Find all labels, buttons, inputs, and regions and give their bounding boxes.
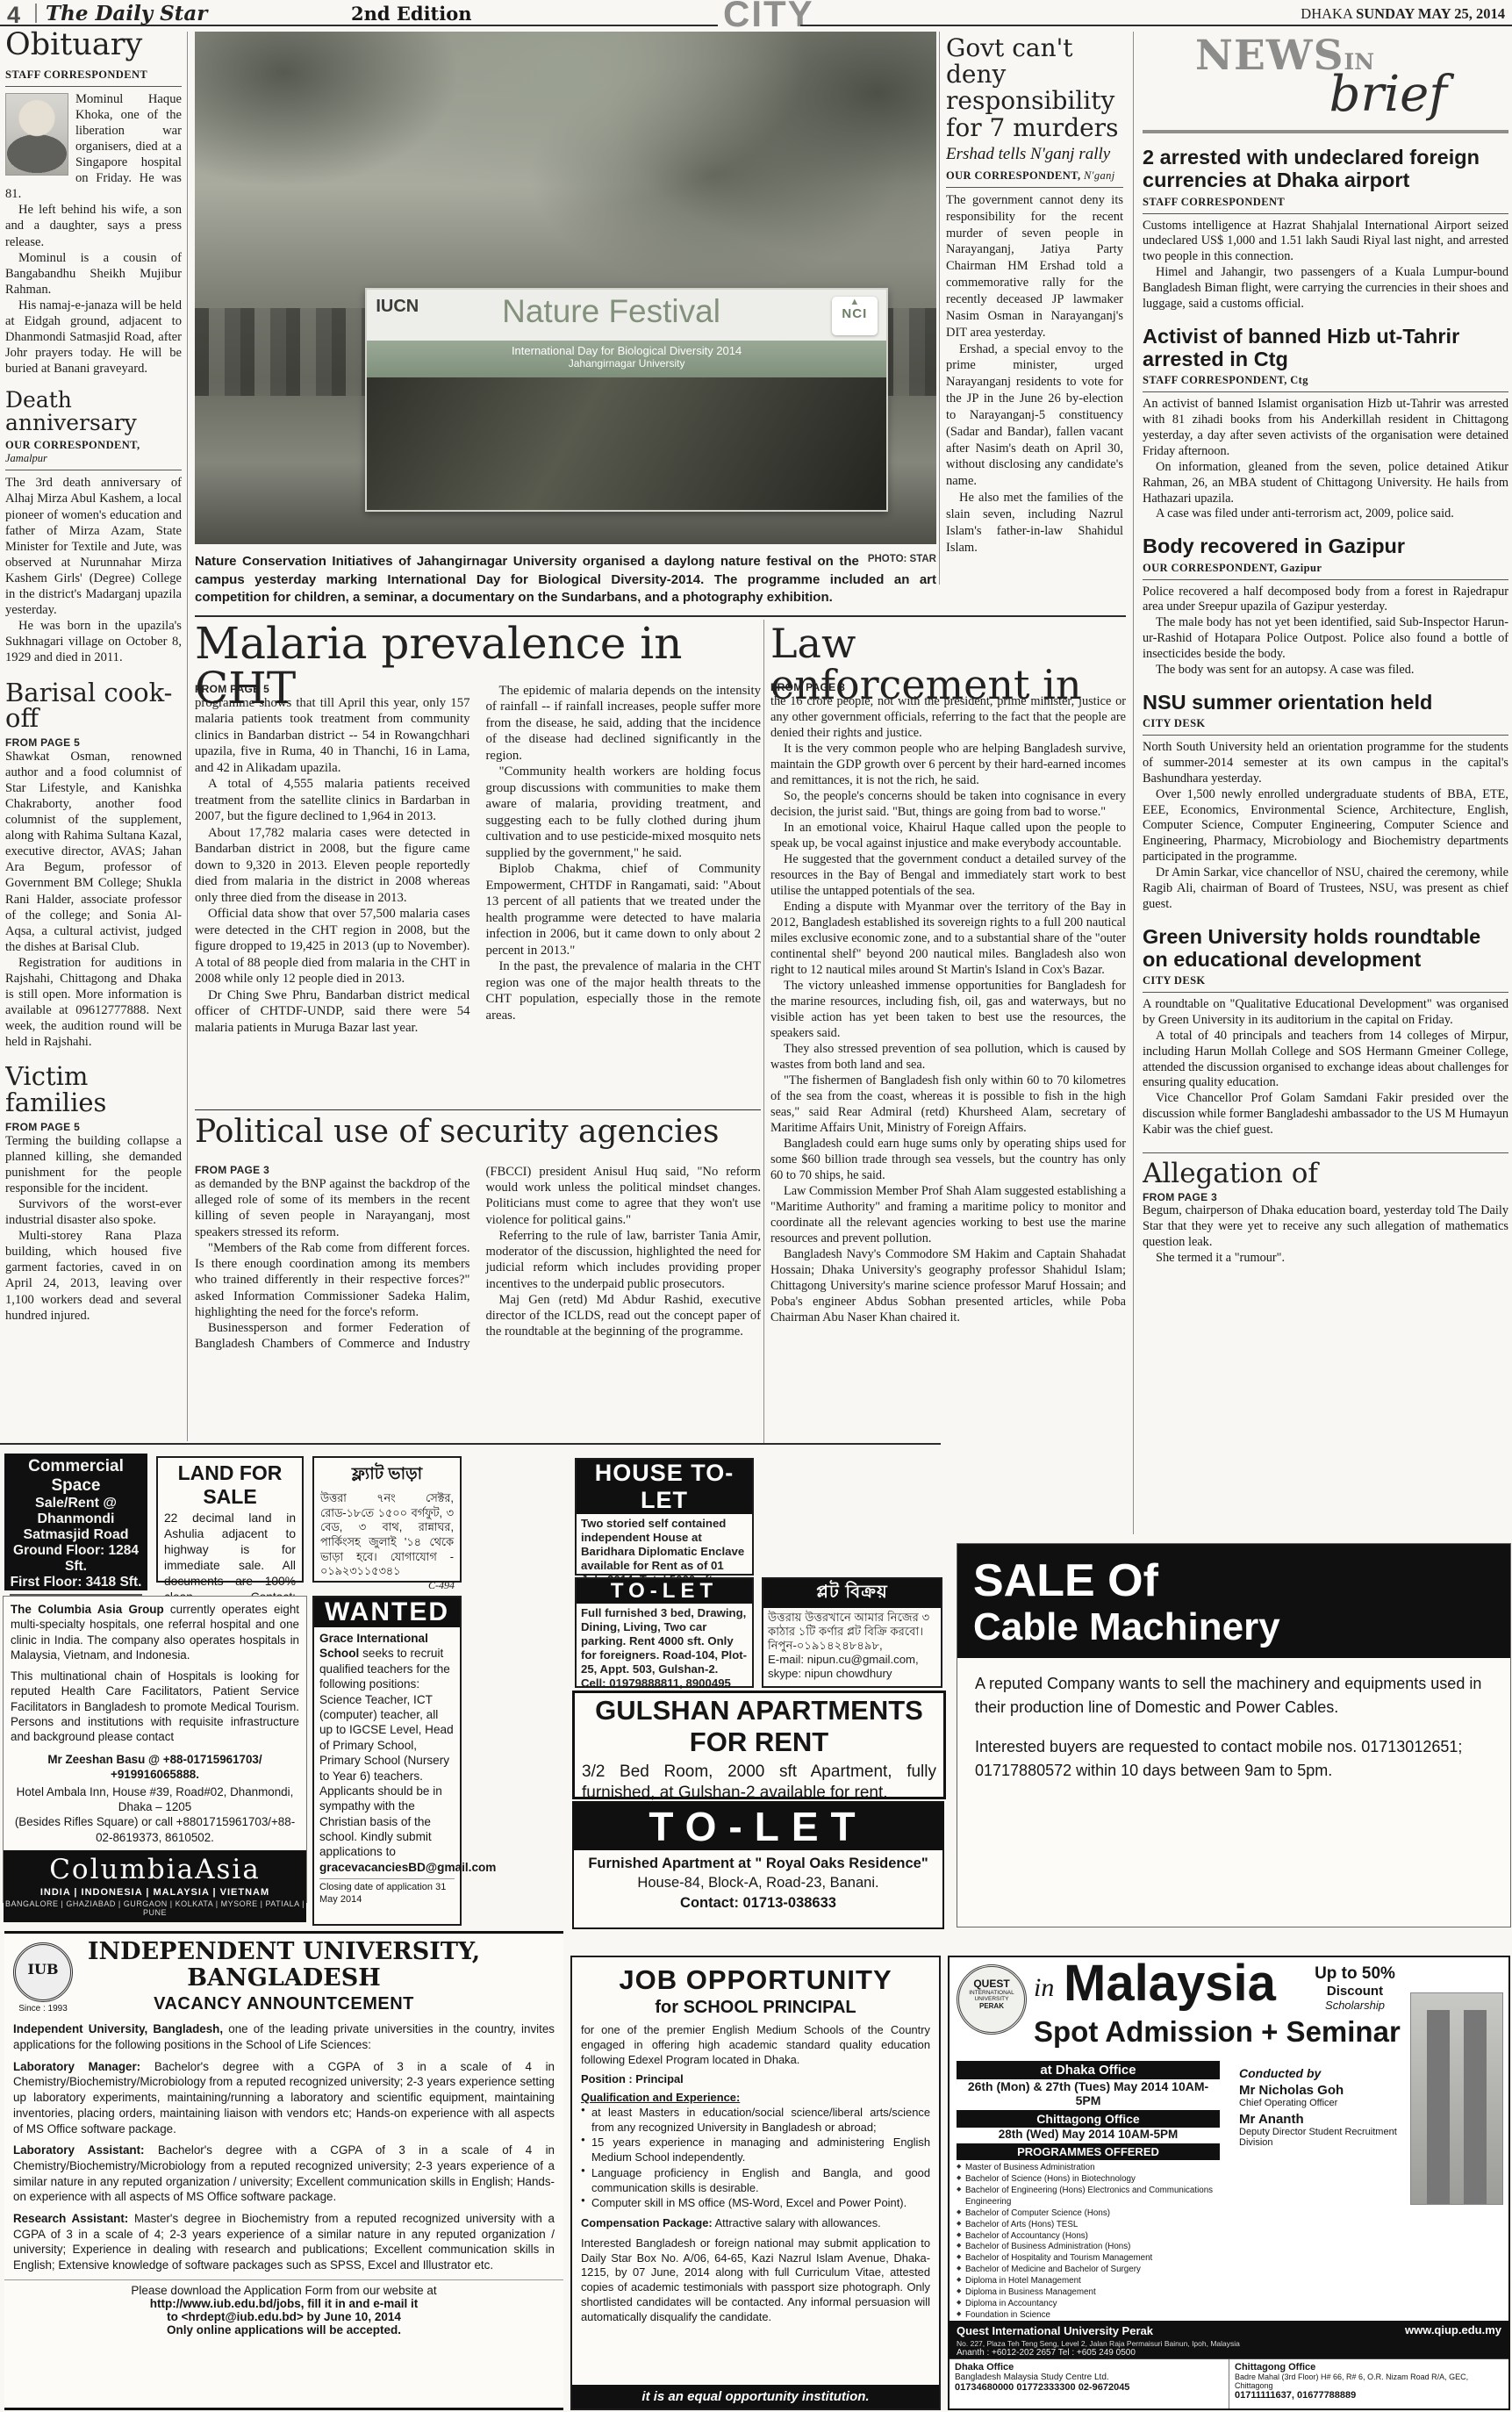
brief-byline: STAFF CORRESPONDENT, Ctg — [1143, 374, 1508, 387]
brief-title: 2 arrested with undeclared foreign curre… — [1143, 146, 1508, 192]
quest-conducted: Conducted by Mr Nicholas Goh Chief Opera… — [1239, 2066, 1397, 2148]
barisal-body: Shawkat Osman, renowned author and a foo… — [5, 749, 182, 1051]
brief-item: Body recovered in Gazipur OUR CORRESPOND… — [1143, 535, 1508, 678]
quest-ctg-office: Chittagong Office Badre Mahal (3rd Floor… — [1229, 2359, 1508, 2408]
brief-byline: CITY DESK — [1143, 974, 1508, 987]
quest-programmes: PROGRAMMES OFFERED Master of Business Ad… — [957, 2143, 1220, 2322]
malaria-from: FROM PAGE 5 — [195, 683, 470, 695]
brief-body: Customs intelligence at Hazrat Shahjalal… — [1143, 219, 1508, 312]
brief-byline: STAFF CORRESPONDENT — [1143, 196, 1508, 209]
header-rule-left — [0, 25, 718, 26]
quest-website: www.qiup.edu.my — [1405, 2323, 1501, 2337]
ad-sale-cable-machinery: SALE Of Cable Machinery A reputed Compan… — [957, 1543, 1511, 1927]
obituary-byline: STAFF CORRESPONDENT — [5, 68, 182, 82]
malaria-body: programme shows that till April this yea… — [195, 683, 761, 1036]
banner-subtitle-band: International Day for Biological Diversi… — [367, 341, 886, 377]
brief-item: 2 arrested with undeclared foreign curre… — [1143, 146, 1508, 312]
ad-plot-bikroy: প্লট বিক্রয় উত্তরায় উত্তরখানে আমার নিজ… — [762, 1577, 942, 1688]
quest-in: in — [1034, 1973, 1054, 2003]
allegation-body: Begum, chairperson of Dhaka education bo… — [1143, 1203, 1508, 1266]
brief-item: Green University holds roundtable on edu… — [1143, 925, 1508, 1138]
quest-logo: QUEST INTERNATIONAL UNIVERSITY PERAK — [957, 1964, 1027, 2035]
ad-contact: Contact: 01713-038633 — [574, 1893, 942, 1913]
dateline-date: SUNDAY MAY 25, 2014 — [1356, 5, 1505, 22]
masthead: The Daily Star — [46, 2, 207, 25]
section-rule — [195, 615, 1126, 617]
obituary-title: Obituary — [5, 30, 182, 61]
quest-dates: at Dhaka Office 26th (Mon) & 27th (Tues)… — [957, 2061, 1220, 2141]
political-article: FROM PAGE 3 as demanded by the BNP again… — [195, 1164, 761, 1438]
ad-email: E-mail: nipun.cu@gmail.com, — [768, 1653, 936, 1667]
job-footer: it is an equal opportunity institution. — [572, 2385, 939, 2408]
iucn-logo: IUCN — [376, 297, 419, 317]
allegation-from: FROM PAGE 3 — [1143, 1191, 1508, 1203]
ad-wanted: WANTED Grace International School seeks … — [312, 1596, 462, 1926]
rule — [1143, 992, 1508, 993]
news-in-brief-column: NEWSIN brief 2 arrested with undeclared … — [1143, 32, 1508, 1534]
ad-quest-university: QUEST INTERNATIONAL UNIVERSITY PERAK in … — [948, 1956, 1510, 2410]
ad-house-to-let: HOUSE TO-LET Two storied self contained … — [575, 1458, 754, 1576]
edition-label: 2nd Edition — [351, 3, 472, 25]
ad-gulshan-apartments: GULSHAN APARTMENTS FOR RENT 3/2 Bed Room… — [572, 1691, 946, 1799]
law-from: FROM PAGE 3 — [770, 681, 1126, 693]
rule — [1143, 391, 1508, 392]
brief-byline: OUR CORRESPONDENT, Gazipur — [1143, 562, 1508, 575]
brief-item: NSU summer orientation held CITY DESK No… — [1143, 691, 1508, 913]
iub-since: Since : 1993 — [13, 2004, 73, 2014]
ad-commercial-space: Commercial Space Sale/Rent @ Dhanmondi S… — [4, 1454, 147, 1590]
govt-article-title: Govt can't deny responsibility for 7 mur… — [946, 35, 1123, 141]
allegation-article: Allegation of FROM PAGE 3 Begum, chairpe… — [1143, 1152, 1508, 1267]
header-divider — [35, 4, 37, 23]
death-anniversary-title: Death anniversary — [5, 389, 182, 434]
death-anniversary-location: Jamalpur — [5, 452, 182, 465]
political-title: Political use of security agencies — [195, 1116, 761, 1149]
govt-article-location: N'ganj — [1084, 169, 1115, 182]
brief-title: Body recovered in Gazipur — [1143, 535, 1508, 557]
columbia-logo: ColumbiaAsia — [4, 1854, 306, 1885]
obituary-body: Mominul Haque Khoka, one of the liberati… — [5, 91, 182, 377]
banner-title: Nature Festival — [502, 293, 720, 330]
malaria-article: FROM PAGE 5 programme shows that till Ap… — [195, 683, 761, 1106]
law-article: FROM PAGE 3 the 16 crore people, not wit… — [770, 681, 1126, 1534]
photo-credit: PHOTO: STAR — [868, 553, 936, 567]
victim-from: FROM PAGE 5 — [5, 1121, 182, 1133]
iub-logo: IUB Since : 1993 — [13, 1942, 73, 2014]
column-rule — [187, 32, 188, 1441]
ad-flat-bhara: ফ্ল্যাট ভাড়া উত্তরা ৭নং সেক্টর, রোড-১৮ত… — [312, 1456, 462, 1583]
govt-article-byline: OUR CORRESPONDENT, N'ganj — [946, 169, 1123, 183]
nci-logo: ▲ NCI — [832, 297, 878, 335]
banner-university: Jahangirnagar University — [367, 357, 886, 370]
allegation-title: Allegation of — [1143, 1160, 1508, 1188]
banner-subtitle: International Day for Biological Diversi… — [367, 341, 886, 357]
iub-footer: Please download the Application Form fro… — [4, 2279, 563, 2337]
brief-body: An activist of banned Islamist organisat… — [1143, 397, 1508, 522]
quest-malaysia: Malaysia — [1064, 1954, 1276, 2013]
law-body: the 16 crore people, not with the presid… — [770, 693, 1126, 1325]
obituary-portrait-photo — [5, 93, 68, 176]
column-rule — [939, 32, 940, 585]
brief-title: NSU summer orientation held — [1143, 691, 1508, 714]
govt-article-body: The government cannot deny its responsib… — [946, 192, 1123, 556]
rule — [946, 187, 1123, 188]
ad-to-let-small: TO-LET Full furnished 3 bed, Drawing, Di… — [575, 1577, 754, 1688]
left-column: Obituary STAFF CORRESPONDENT Mominul Haq… — [5, 30, 182, 1439]
brief-body: A roundtable on "Qualitative Educational… — [1143, 997, 1508, 1138]
newspaper-page: 4 The Daily Star 2nd Edition CITY DHAKA … — [0, 0, 1512, 2412]
ad-job-opportunity: JOB OPPORTUNITY for SCHOOL PRINCIPAL for… — [570, 1956, 941, 2410]
political-from: FROM PAGE 3 — [195, 1164, 470, 1176]
dateline-city: DHAKA — [1301, 5, 1352, 22]
section-rule — [195, 1109, 761, 1110]
festival-banner: IUCN Nature Festival ▲ NCI International… — [365, 288, 888, 512]
govt-article: Govt can't deny responsibility for 7 mur… — [946, 35, 1123, 583]
ad-to-let-royal-oaks: TO-LET Furnished Apartment at " Royal Oa… — [572, 1801, 944, 1929]
brief-rule — [1143, 130, 1508, 133]
ad-iub-vacancy: IUB Since : 1993 INDEPENDENT UNIVERSITY,… — [4, 1931, 563, 2410]
rule — [5, 470, 182, 470]
ad-skype: skype: nipun chowdhury — [768, 1667, 936, 1681]
rule — [5, 86, 182, 87]
brief-item: Activist of banned Hizb ut-Tahrir arrest… — [1143, 325, 1508, 523]
rule — [1143, 213, 1508, 214]
brief-body: Police recovered a half decomposed body … — [1143, 585, 1508, 678]
political-body: as demanded by the BNP against the backd… — [195, 1164, 761, 1353]
brief-byline: CITY DESK — [1143, 717, 1508, 730]
brief-title: Green University holds roundtable on edu… — [1143, 925, 1508, 972]
quest-discount: Up to 50% Discount Scholarship — [1307, 1964, 1403, 2012]
death-anniversary-byline: OUR CORRESPONDENT, — [5, 439, 182, 452]
dateline: DHAKA SUNDAY MAY 25, 2014 — [1301, 5, 1505, 23]
ad-email: gracevacanciesBD@gmail.com — [319, 1860, 455, 1875]
ads-rule — [0, 1443, 941, 1445]
job-bullets: at least Masters in education/social sci… — [581, 2106, 930, 2211]
brief-title: Activist of banned Hizb ut-Tahrir arrest… — [1143, 325, 1508, 371]
victim-body: Terming the building collapse a planned … — [5, 1133, 182, 1324]
qualification-label: Qualification and Experience: — [581, 2091, 930, 2106]
section-title: CITY — [723, 0, 814, 35]
petronas-towers-image — [1410, 1992, 1503, 2205]
column-rule — [1133, 32, 1134, 1534]
header-rule-right — [800, 25, 1512, 26]
photo-caption: PHOTO: STAR Nature Conservation Initiati… — [195, 553, 936, 611]
news-in-brief-logo: NEWSIN brief — [1143, 32, 1508, 123]
rule — [1143, 579, 1508, 580]
columbia-logo-footer: ColumbiaAsia INDIA | INDONESIA | MALAYSI… — [4, 1850, 306, 1922]
banner-deer-image — [367, 377, 886, 510]
barisal-from: FROM PAGE 5 — [5, 736, 182, 749]
victim-title: Victim families — [5, 1064, 182, 1116]
ad-code: C-494 — [314, 1579, 460, 1592]
ad-columbia-asia: The Columbia Asia Group currently operat… — [3, 1596, 307, 1903]
quest-dhaka-office: Dhaka Office Bangladesh Malaysia Study C… — [949, 2359, 1229, 2408]
ad-cell: Cell: 01979888811, 8900495 — [581, 1676, 748, 1691]
quest-spot: Spot Admission + Seminar — [1034, 2015, 1401, 2049]
column-rule — [763, 620, 764, 1445]
position-label: Position : Principal — [581, 2072, 930, 2087]
govt-article-subtitle: Ershad tells N'ganj rally — [946, 145, 1123, 164]
nature-festival-photo: IUCN Nature Festival ▲ NCI International… — [195, 32, 936, 544]
brief-body: North South University held an orientati… — [1143, 740, 1508, 912]
closing-date: Closing date of application 31 May 2014 — [319, 1878, 455, 1906]
ad-land-for-sale: LAND FOR SALE 22 decimal land in Ashulia… — [156, 1456, 304, 1583]
rule — [1143, 735, 1508, 736]
barisal-title: Barisal cook-off — [5, 680, 182, 732]
death-anniversary-body: The 3rd death anniversary of Alhaj Mirza… — [5, 475, 182, 665]
quest-offices: Dhaka Office Bangladesh Malaysia Study C… — [949, 2358, 1508, 2408]
quest-address-bar: Quest International University Perak www… — [949, 2321, 1508, 2359]
